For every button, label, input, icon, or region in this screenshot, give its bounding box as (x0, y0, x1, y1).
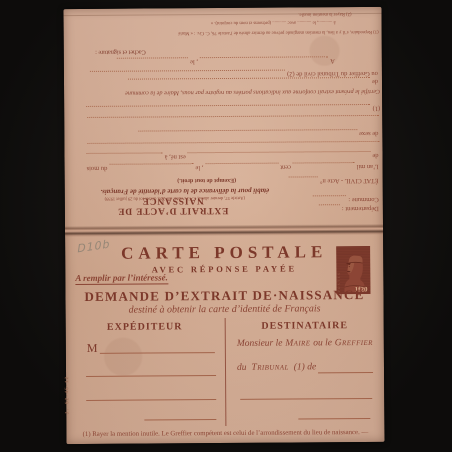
sender-short-line (144, 419, 216, 421)
request-card-half: D10b CARTE POSTALE AVEC RÉPONSE PAYÉE (65, 234, 384, 444)
marginal-note-blank (86, 104, 370, 110)
reply-footnote-1b: à ............, le ............ avec ...… (124, 19, 336, 25)
certify-de-label: de (372, 77, 378, 84)
greffier-blank (90, 70, 285, 75)
recipient-text-maire: Maire (285, 339, 310, 349)
recipient-text-tribunal: Tribunal (251, 364, 288, 374)
place-blank (200, 57, 328, 62)
born-blank-2 (86, 153, 162, 158)
recipient-line-1: Monsieur le Maire ou le Greffier (236, 339, 374, 349)
etat-civil-row: ÉTAT CIVIL - Acte n° (288, 176, 380, 183)
recipient-text-2a: du (237, 364, 247, 374)
reply-issued-for: établi pour la délivrance de la carte d’… (87, 187, 283, 196)
born-blank-1 (188, 151, 371, 156)
born-row: de est né, à (85, 151, 379, 160)
sender-m-label: M (87, 342, 98, 354)
sex-row: de sexe (137, 129, 379, 137)
recipient-line-2: du Tribunal (1) de (236, 363, 374, 373)
year-label-4: du mois (87, 164, 108, 171)
recipient-tribunal-blank (318, 368, 373, 372)
sender-address-line-2 (86, 399, 216, 401)
born-label-2: est né, à (165, 153, 186, 160)
seal-signature-label: Cachet et signature : (95, 49, 146, 56)
greffier-row: ou Greffier du Tribunal civil de (2) (89, 69, 379, 78)
year-blank-1 (293, 163, 355, 167)
date-blank (117, 58, 188, 62)
born-label-1: de (372, 151, 378, 158)
greffier-label: ou Greffier du Tribunal civil de (2) (287, 69, 378, 76)
commune-blank-line (313, 196, 347, 200)
column-divider (225, 318, 227, 426)
sex-blank-line (138, 130, 357, 136)
acte-number-blank-line (289, 177, 318, 181)
recipient-text-1a: Monsieur le (237, 340, 283, 350)
fill-in-note: A remplir par l’intéressé. (75, 272, 168, 285)
place-date-row: A , le (116, 57, 336, 65)
photo-background: Département : EXTRAIT D’ACTE DE NAISSANC… (0, 0, 452, 452)
place-label: A (330, 57, 335, 64)
year-label-1: L’an mil (357, 162, 379, 169)
request-footnote: (1) Rayer la mention inutile. Le Greffie… (66, 429, 384, 438)
reply-footnote-2: (2) Rayer la mention inutile. (298, 11, 351, 16)
department-blank-line (319, 205, 340, 209)
reply-footnote-1: (1) Reproduire, s’il y a lieu, la mentio… (77, 29, 379, 36)
year-blank-3 (109, 164, 193, 169)
etat-civil-label: ÉTAT CIVIL - Acte n° (320, 176, 379, 183)
sender-header: EXPÉDITEUR (66, 321, 224, 333)
recipient-text-1c: ou le (313, 339, 332, 349)
commune-row: Commune : (312, 195, 380, 202)
marginal-note-row: (1) (85, 104, 381, 113)
blank-rule-1 (87, 141, 379, 144)
certify-commune-blank (128, 77, 370, 83)
recipient-address-line (240, 398, 372, 400)
recipient-header: DESTINATAIRE (226, 320, 384, 332)
recipient-text-2c: (1) de (294, 363, 316, 373)
blank-rule-2 (87, 115, 379, 118)
department-label: Département : (342, 204, 379, 211)
year-label-3: , le (195, 164, 203, 171)
sender-address-line-1 (86, 375, 216, 377)
department-row: Département : (318, 204, 380, 211)
reply-card-half: Département : EXTRAIT D’ACTE DE NAISSANC… (63, 7, 383, 228)
certify-commune-row: de (127, 77, 379, 85)
stamp-eye (349, 266, 350, 267)
marginal-note-mark: (1) (373, 104, 381, 111)
postal-card: Département : EXTRAIT D’ACTE DE NAISSANC… (63, 7, 384, 444)
year-label-2: cent (280, 163, 291, 170)
recipient-text-greffier: Greffier (335, 339, 373, 349)
request-subheading: destiné à obtenir la carte d’identité de… (66, 303, 384, 316)
sex-label: de sexe (359, 129, 378, 136)
date-label: , le (190, 58, 198, 65)
printer-imprint-code: J. 52-45-12 (64, 376, 70, 415)
reply-free-note: (Exempt de tout droit.) (157, 177, 257, 184)
year-row: L’an mil cent , le du mois (86, 162, 380, 171)
recipient-short-line (298, 418, 370, 420)
sender-name-line (100, 349, 215, 354)
commune-label: Commune : (348, 195, 379, 202)
certify-statement: Certifié le présent extrait conforme aux… (80, 88, 380, 97)
year-blank-2 (205, 163, 278, 168)
sender-name-row: M (86, 339, 216, 354)
